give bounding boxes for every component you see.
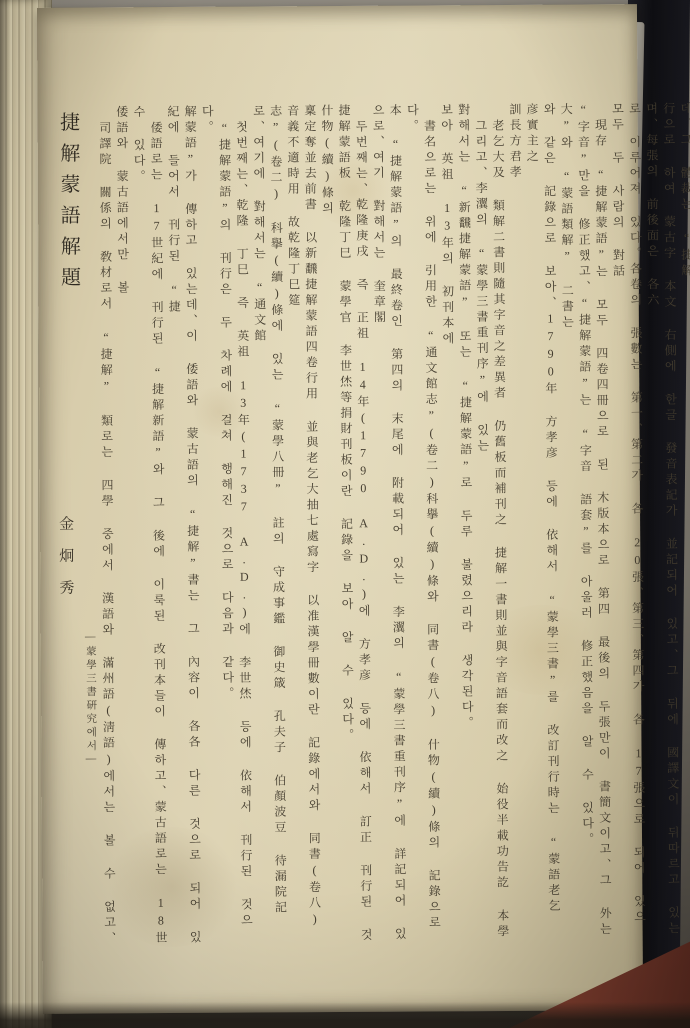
text-column: 첫번째는、乾隆 丁巳 즉 英祖 13年(1737 A.D.)에 李世烋 등에 依…: [232, 104, 271, 949]
text-column: 두번째는、乾隆庚戌 즉 正祖 14年(1790 A.D.)에 方孝彦 등에 依해…: [352, 104, 391, 949]
text-column: 書名으로는 위에 引用한 “通文館志”(卷二)科擧(續)條와 同書(卷八) 什物…: [420, 103, 459, 948]
text-column: 와 같은 記錄으로 보아、1790年 方孝彦 등에 依해서 “蒙學三書”를 改訂…: [540, 103, 579, 948]
text-column: 로 이루어져 있다。各卷의 張數는 第一、第二가 各 20張、第三、第四가 各 …: [625, 102, 664, 947]
text-column: 倭語로는 17世紀에 刊行된 “捷解新語”와 그 後에 이룩된 改刊本들이 傳하…: [147, 105, 186, 950]
body-text: 司譯院 關係의 敎材로서 “捷解” 類로는 四學 중에서 漢語와 滿州語(淸語)…: [96, 101, 690, 951]
source-note: —蒙學三書硏究에서—: [83, 631, 99, 811]
text-column: 志”(卷二) 科擧(續)條에 있는 “蒙學八冊” 註의 守成事鑑 御史箴 孔夫子…: [266, 104, 305, 949]
text-column: 司譯院 關係의 敎材로서 “捷解” 類로는 四學 중에서 漢語와 滿州語(淸語)…: [96, 105, 135, 950]
photo-backdrop: 捷解蒙語解題 金炯秀 —蒙學三書硏究에서— 司譯院 關係의 敎材로서 “捷解” …: [0, 0, 690, 1028]
text-column: 現存 “捷解蒙語”는 모두 四卷四冊으로 된 木版本으로 第四 最後의 두張만이…: [591, 102, 630, 947]
text-column: 行으로 하여 蒙古字 本文 右側에 한글 發音表記가 並記되어 있고、그 뒤에 …: [660, 102, 690, 947]
text-column: 稟定奪並去前書 以新飜捷解蒙語四卷行用 並與老乞大抽七處寫字 以准漢學冊數이란 …: [301, 104, 340, 949]
book-page: 捷解蒙語解題 金炯秀 —蒙學三書硏究에서— 司譯院 關係의 敎材로서 “捷解” …: [37, 4, 643, 1014]
page-bottom-shadow: [0, 1002, 690, 1028]
text-column: 老乞大及 類解二書則隨其字音之差異者 仍舊板而補刊之 捷解一書則並與字音語套而改…: [489, 103, 528, 948]
author-name: 金炯秀: [55, 516, 77, 656]
text-column: 本 “捷解蒙語”의 最終卷인 第四의 末尾에 附載되어 있는 李瀷의 “蒙學三書…: [386, 104, 425, 949]
text-column: 解蒙語”가 傳하고 있는데、이 倭語와 蒙古語의 “捷解”書는 그 內容이 各各…: [181, 105, 220, 950]
